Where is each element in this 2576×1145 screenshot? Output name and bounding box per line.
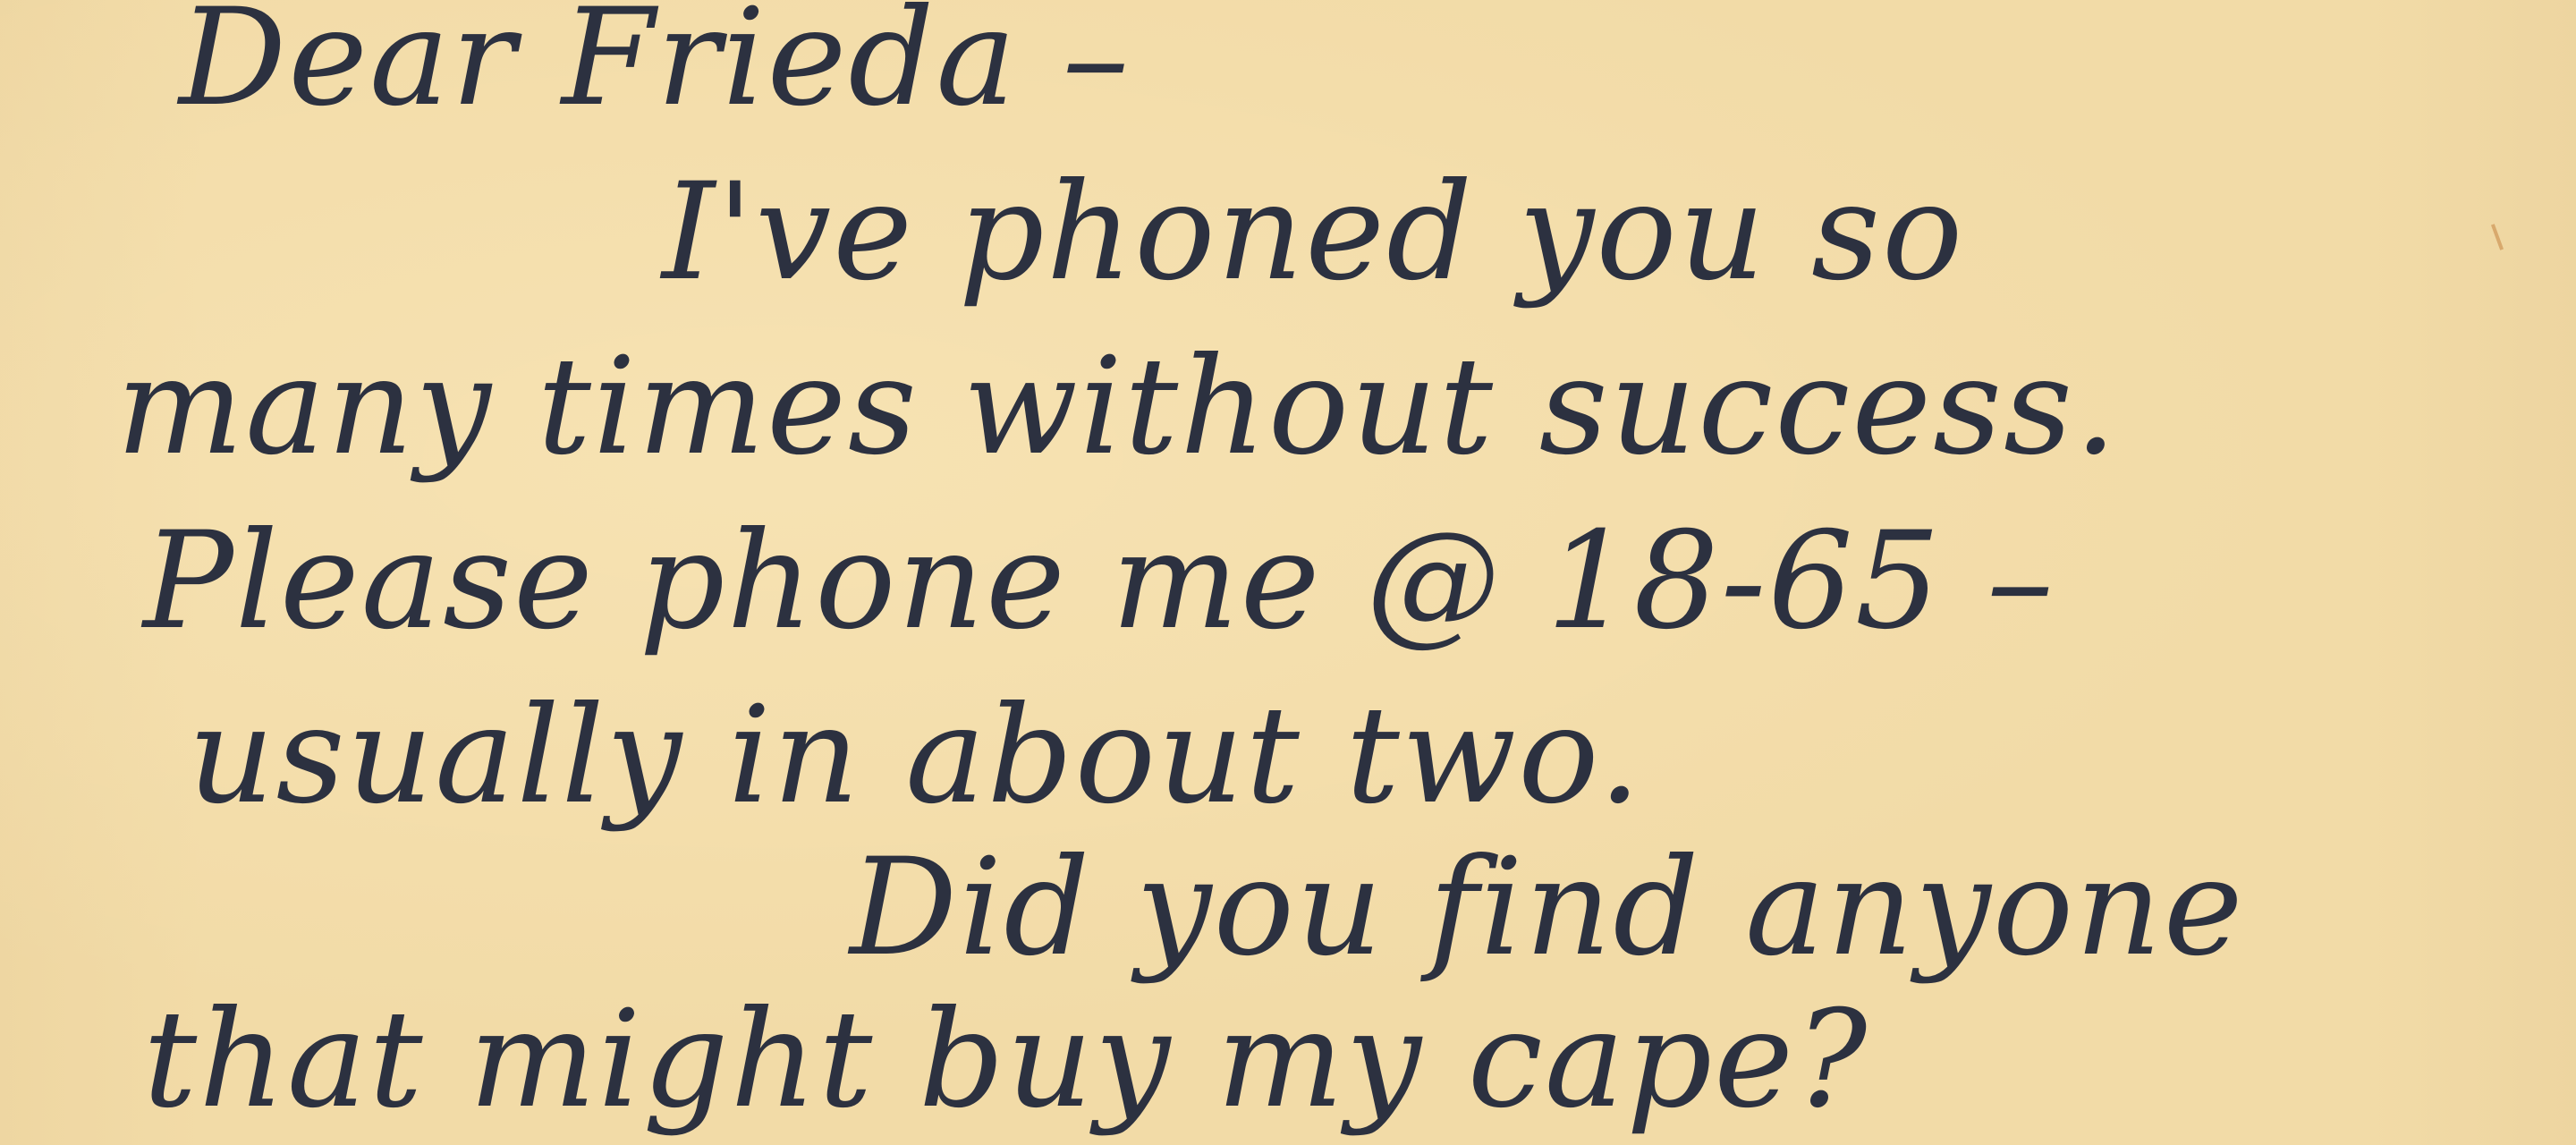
paper-stain	[2491, 224, 2504, 250]
body-line-2: many times without success.	[116, 340, 2119, 474]
body-line-1: I've phoned you so	[662, 165, 1964, 300]
body-line-4: usually in about two.	[188, 689, 1643, 823]
body-line-3: Please phone me @ 18-65 –	[143, 514, 2055, 649]
body-line-6: that might buy my cape?	[143, 993, 1868, 1127]
salutation: Dear Frieda –	[179, 0, 1131, 125]
body-line-5: Did you find anyone	[850, 841, 2245, 975]
note-paper: Dear Frieda – I've phoned you so many ti…	[0, 0, 2576, 1145]
